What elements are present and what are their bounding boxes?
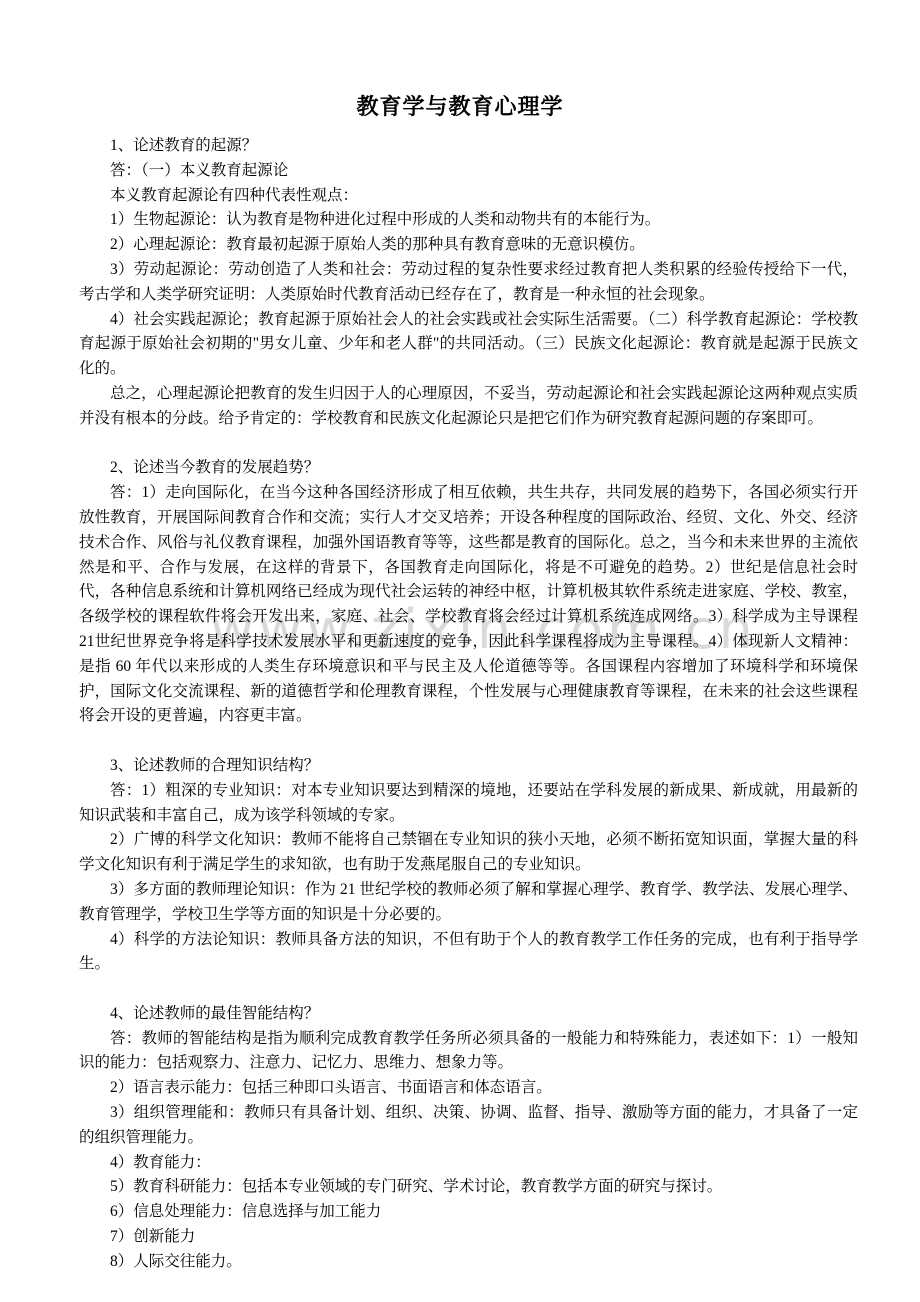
question-line: 4、论述教师的最佳智能结构？ — [79, 1002, 858, 1027]
qa-section: 1、论述教育的起源？答：（一）本义教育起源论本义教育起源论有四种代表性观点：1）… — [79, 134, 858, 432]
answer-paragraph: 答：教师的智能结构是指为顺利完成教育教学任务所必须具备的一般能力和特殊能力，表述… — [79, 1027, 858, 1077]
answer-paragraph: 7）创新能力 — [79, 1225, 858, 1250]
answer-paragraph: 3）劳动起源论：劳动创造了人类和社会：劳动过程的复杂性要求经过教育把人类积累的经… — [79, 258, 858, 308]
question-line: 1、论述教育的起源？ — [79, 134, 858, 159]
answer-paragraph: 4）教育能力： — [79, 1151, 858, 1176]
answer-paragraph: 3）多方面的教师理论知识：作为 21 世纪学校的教师必须了解和掌握心理学、教育学… — [79, 878, 858, 928]
qa-section: 2、论述当今教育的发展趋势？答：1）走向国际化，在当今这种各国经济形成了相互依赖… — [79, 456, 858, 729]
document-page: www.zixin.com.cn 教育学与教育心理学 1、论述教育的起源？答：（… — [0, 0, 920, 1302]
answer-paragraph: 2）语言表示能力：包括三种即口头语言、书面语言和体态语言。 — [79, 1076, 858, 1101]
document-body: 1、论述教育的起源？答：（一）本义教育起源论本义教育起源论有四种代表性观点：1）… — [0, 124, 920, 1275]
qa-section: 3、论述教师的合理知识结构？答：1）粗深的专业知识：对本专业知识要达到精深的境地… — [79, 754, 858, 977]
answer-paragraph: 2）心理起源论：教育最初起源于原始人类的那种具有教育意味的无意识模仿。 — [79, 233, 858, 258]
answer-paragraph: 2）广博的科学文化知识：教师不能将自己禁锢在专业知识的狭小天地，必须不断拓宽知识… — [79, 828, 858, 878]
answer-paragraph: 5）教育科研能力：包括本专业领域的专门研究、学术讨论，教育教学方面的研究与探讨。 — [79, 1175, 858, 1200]
question-line: 3、论述教师的合理知识结构？ — [79, 754, 858, 779]
qa-section: 4、论述教师的最佳智能结构？答：教师的智能结构是指为顺利完成教育教学任务所必须具… — [79, 1002, 858, 1275]
question-line: 2、论述当今教育的发展趋势？ — [79, 456, 858, 481]
answer-paragraph: 总之，心理起源论把教育的发生归因于人的心理原因，不妥当，劳动起源论和社会实践起源… — [79, 382, 858, 432]
answer-paragraph: 答：1）走向国际化，在当今这种各国经济形成了相互依赖，共生共存，共同发展的趋势下… — [79, 481, 858, 729]
answer-paragraph: 8）人际交往能力。 — [79, 1250, 858, 1275]
answer-paragraph: 3）组织管理能和：教师只有具备计划、组织、决策、协调、监督、指导、激励等方面的能… — [79, 1101, 858, 1151]
answer-paragraph: 4）科学的方法论知识：教师具备方法的知识，不但有助于个人的教育教学工作任务的完成… — [79, 928, 858, 978]
answer-paragraph: 1）生物起源论：认为教育是物种进化过程中形成的人类和动物共有的本能行为。 — [79, 208, 858, 233]
answer-paragraph: 答：1）粗深的专业知识：对本专业知识要达到精深的境地，还要站在学科发展的新成果、… — [79, 779, 858, 829]
answer-paragraph: 6）信息处理能力：信息选择与加工能力 — [79, 1200, 858, 1225]
answer-paragraph: 答：（一）本义教育起源论 — [79, 159, 858, 184]
answer-paragraph: 本义教育起源论有四种代表性观点： — [79, 184, 858, 209]
answer-paragraph: 4）社会实践起源论；教育起源于原始社会人的社会实践或社会实际生活需要。（二）科学… — [79, 308, 858, 382]
document-title: 教育学与教育心理学 — [0, 0, 920, 124]
